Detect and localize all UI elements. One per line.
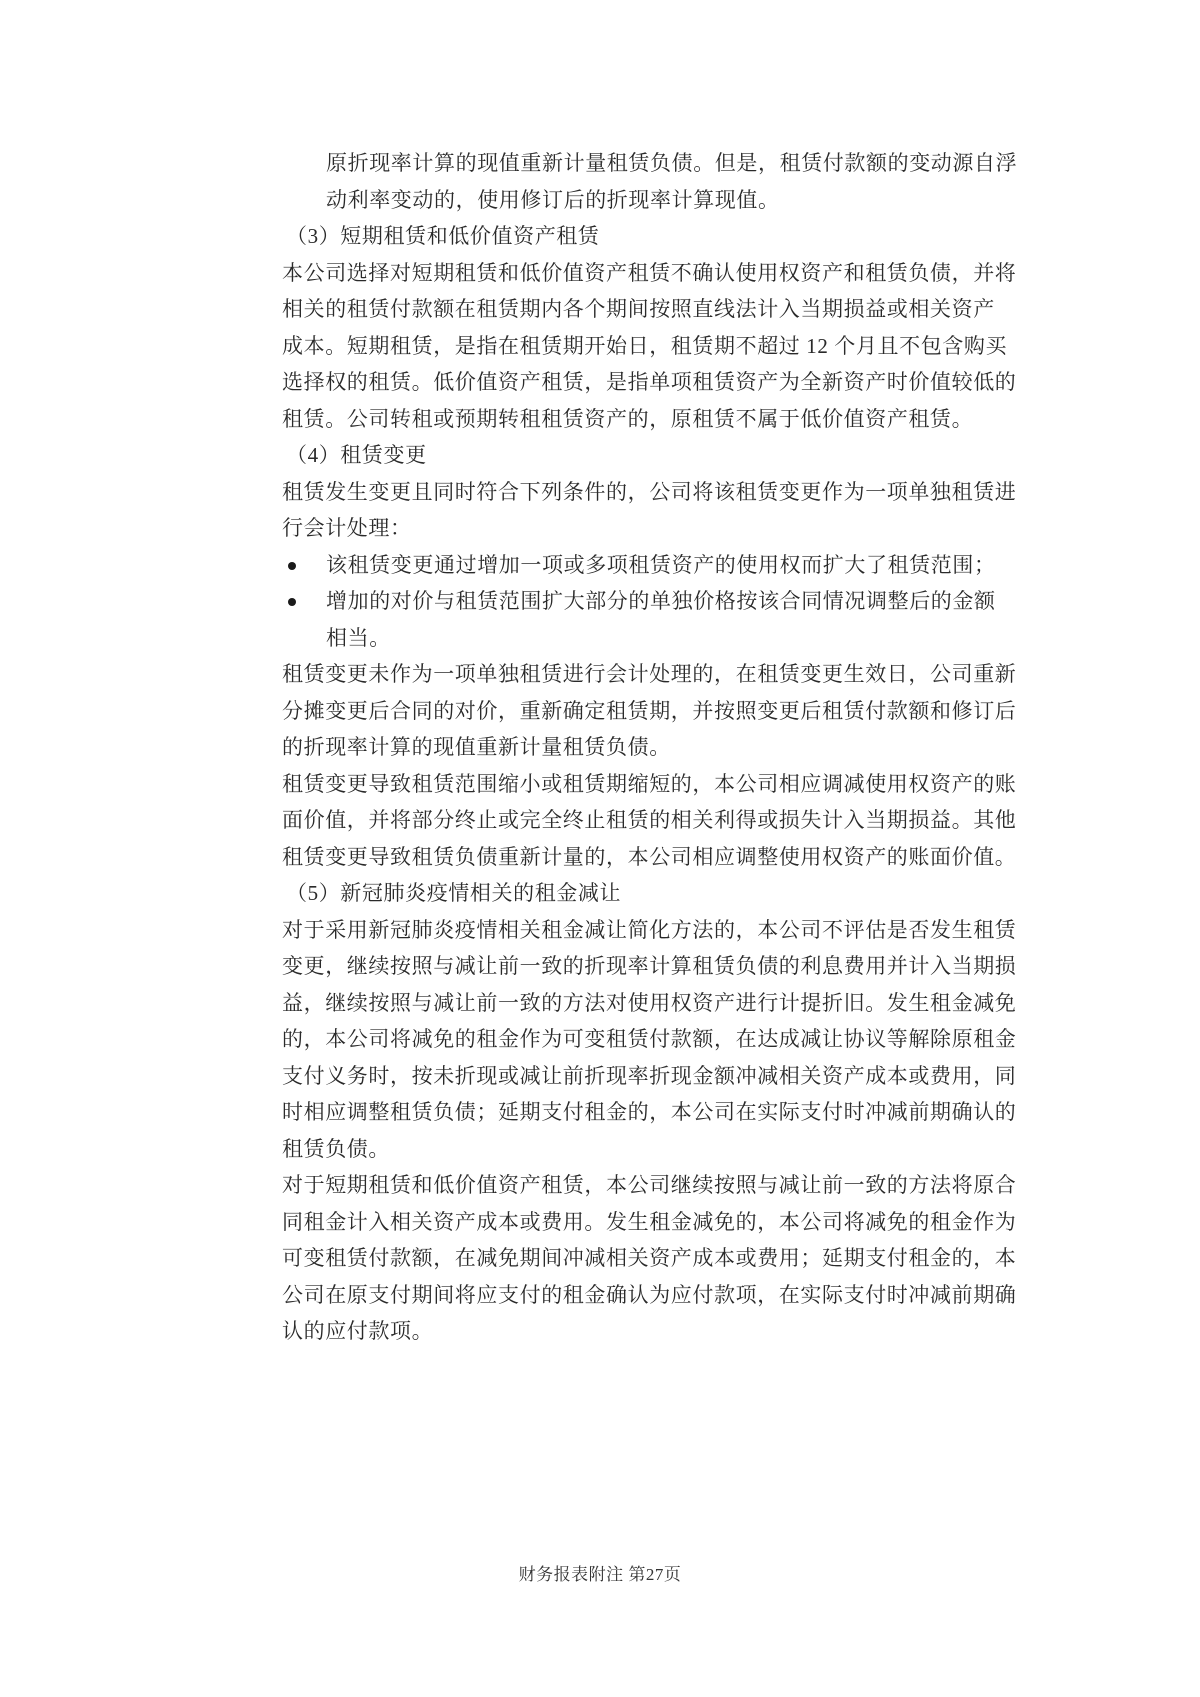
paragraph-covid-rent-concession-1: 对于采用新冠肺炎疫情相关租金减让简化方法的，本公司不评估是否发生租赁 变更，继续…	[282, 912, 982, 1168]
bullet-text: 相当。	[282, 620, 982, 657]
text-line: 同租金计入相关资产成本或费用。发生租金减免的，本公司将减免的租金作为	[282, 1204, 982, 1241]
text-line: 的，本公司将减免的租金作为可变租赁付款额，在达成减让协议等解除原租金	[282, 1021, 982, 1058]
text-line: 原折现率计算的现值重新计量租赁负债。但是，租赁付款额的变动源自浮	[282, 145, 982, 182]
text-line: 变更，继续按照与减让前一致的折现率计算租赁负债的利息费用并计入当期损	[282, 948, 982, 985]
text-line: 选择权的租赁。低价值资产租赁，是指单项租赁资产为全新资产时价值较低的	[282, 364, 982, 401]
text-line: 租赁负债。	[282, 1131, 982, 1168]
text-line: 分摊变更后合同的对价，重新确定租赁期，并按照变更后租赁付款额和修订后	[282, 693, 982, 730]
text-line: 支付义务时，按未折现或减让前折现率折现金额冲减相关资产成本或费用，同	[282, 1058, 982, 1095]
bullet-item: 该租赁变更通过增加一项或多项租赁资产的使用权而扩大了租赁范围；	[282, 547, 982, 584]
section-heading-lease-modification: （4）租赁变更	[282, 437, 982, 474]
text-line: 对于采用新冠肺炎疫情相关租金减让简化方法的，本公司不评估是否发生租赁	[282, 912, 982, 949]
text-line: 租赁变更导致租赁范围缩小或租赁期缩短的，本公司相应调减使用权资产的账	[282, 766, 982, 803]
bullet-text: 该租赁变更通过增加一项或多项租赁资产的使用权而扩大了租赁范围；	[326, 553, 996, 577]
bullet-item: 增加的对价与租赁范围扩大部分的单独价格按该合同情况调整后的金额 相当。	[282, 583, 982, 656]
text-line: 认的应付款项。	[282, 1313, 982, 1350]
paragraph-lease-modification-reduction: 租赁变更导致租赁范围缩小或租赁期缩短的，本公司相应调减使用权资产的账 面价值，并…	[282, 766, 982, 876]
text-line: 益，继续按照与减让前一致的方法对使用权资产进行计提折旧。发生租金减免	[282, 985, 982, 1022]
text-line: 本公司选择对短期租赁和低价值资产租赁不确认使用权资产和租赁负债，并将	[282, 255, 982, 292]
document-page: 原折现率计算的现值重新计量租赁负债。但是，租赁付款额的变动源自浮 动利率变动的，…	[0, 0, 1200, 1697]
section-heading-covid-rent-concession: （5）新冠肺炎疫情相关的租金减让	[282, 875, 982, 912]
paragraph-short-term-lease: 本公司选择对短期租赁和低价值资产租赁不确认使用权资产和租赁负债，并将 相关的租赁…	[282, 255, 982, 438]
text-line: 面价值，并将部分终止或完全终止租赁的相关利得或损失计入当期损益。其他	[282, 802, 982, 839]
bullet-list: 该租赁变更通过增加一项或多项租赁资产的使用权而扩大了租赁范围； 增加的对价与租赁…	[282, 547, 982, 657]
document-body: 原折现率计算的现值重新计量租赁负债。但是，租赁付款额的变动源自浮 动利率变动的，…	[282, 145, 982, 1350]
text-line: 租赁发生变更且同时符合下列条件的，公司将该租赁变更作为一项单独租赁进	[282, 474, 982, 511]
page-footer: 财务报表附注 第27页	[0, 1560, 1200, 1585]
text-line: 时相应调整租赁负债；延期支付租金的，本公司在实际支付时冲减前期确认的	[282, 1094, 982, 1131]
text-line: 的折现率计算的现值重新计量租赁负债。	[282, 729, 982, 766]
text-line: 动利率变动的，使用修订后的折现率计算现值。	[282, 182, 982, 219]
section-heading-short-term-lease: （3）短期租赁和低价值资产租赁	[282, 218, 982, 255]
text-line: 租赁。公司转租或预期转租租赁资产的，原租赁不属于低价值资产租赁。	[282, 401, 982, 438]
text-line: 相关的租赁付款额在租赁期内各个期间按照直线法计入当期损益或相关资产	[282, 291, 982, 328]
text-line: 行会计处理：	[282, 510, 982, 547]
text-line: 公司在原支付期间将应支付的租金确认为应付款项，在实际支付时冲减前期确	[282, 1277, 982, 1314]
text-line: 租赁变更导致租赁负债重新计量的，本公司相应调整使用权资产的账面价值。	[282, 839, 982, 876]
text-line: 对于短期租赁和低价值资产租赁，本公司继续按照与减让前一致的方法将原合	[282, 1167, 982, 1204]
text-line: 可变租赁付款额，在减免期间冲减相关资产成本或费用；延期支付租金的，本	[282, 1240, 982, 1277]
text-line: 成本。短期租赁，是指在租赁期开始日，租赁期不超过 12 个月且不包含购买	[282, 328, 982, 365]
bullet-text: 增加的对价与租赁范围扩大部分的单独价格按该合同情况调整后的金额	[326, 589, 996, 613]
paragraph-lease-modification-intro: 租赁发生变更且同时符合下列条件的，公司将该租赁变更作为一项单独租赁进 行会计处理…	[282, 474, 982, 547]
continuation-text: 原折现率计算的现值重新计量租赁负债。但是，租赁付款额的变动源自浮 动利率变动的，…	[282, 145, 982, 218]
bullet-icon	[288, 598, 296, 606]
paragraph-covid-rent-concession-2: 对于短期租赁和低价值资产租赁，本公司继续按照与减让前一致的方法将原合 同租金计入…	[282, 1167, 982, 1350]
text-line: 租赁变更未作为一项单独租赁进行会计处理的，在租赁变更生效日，公司重新	[282, 656, 982, 693]
bullet-icon	[288, 562, 296, 570]
paragraph-lease-modification-not-separate: 租赁变更未作为一项单独租赁进行会计处理的，在租赁变更生效日，公司重新 分摊变更后…	[282, 656, 982, 766]
